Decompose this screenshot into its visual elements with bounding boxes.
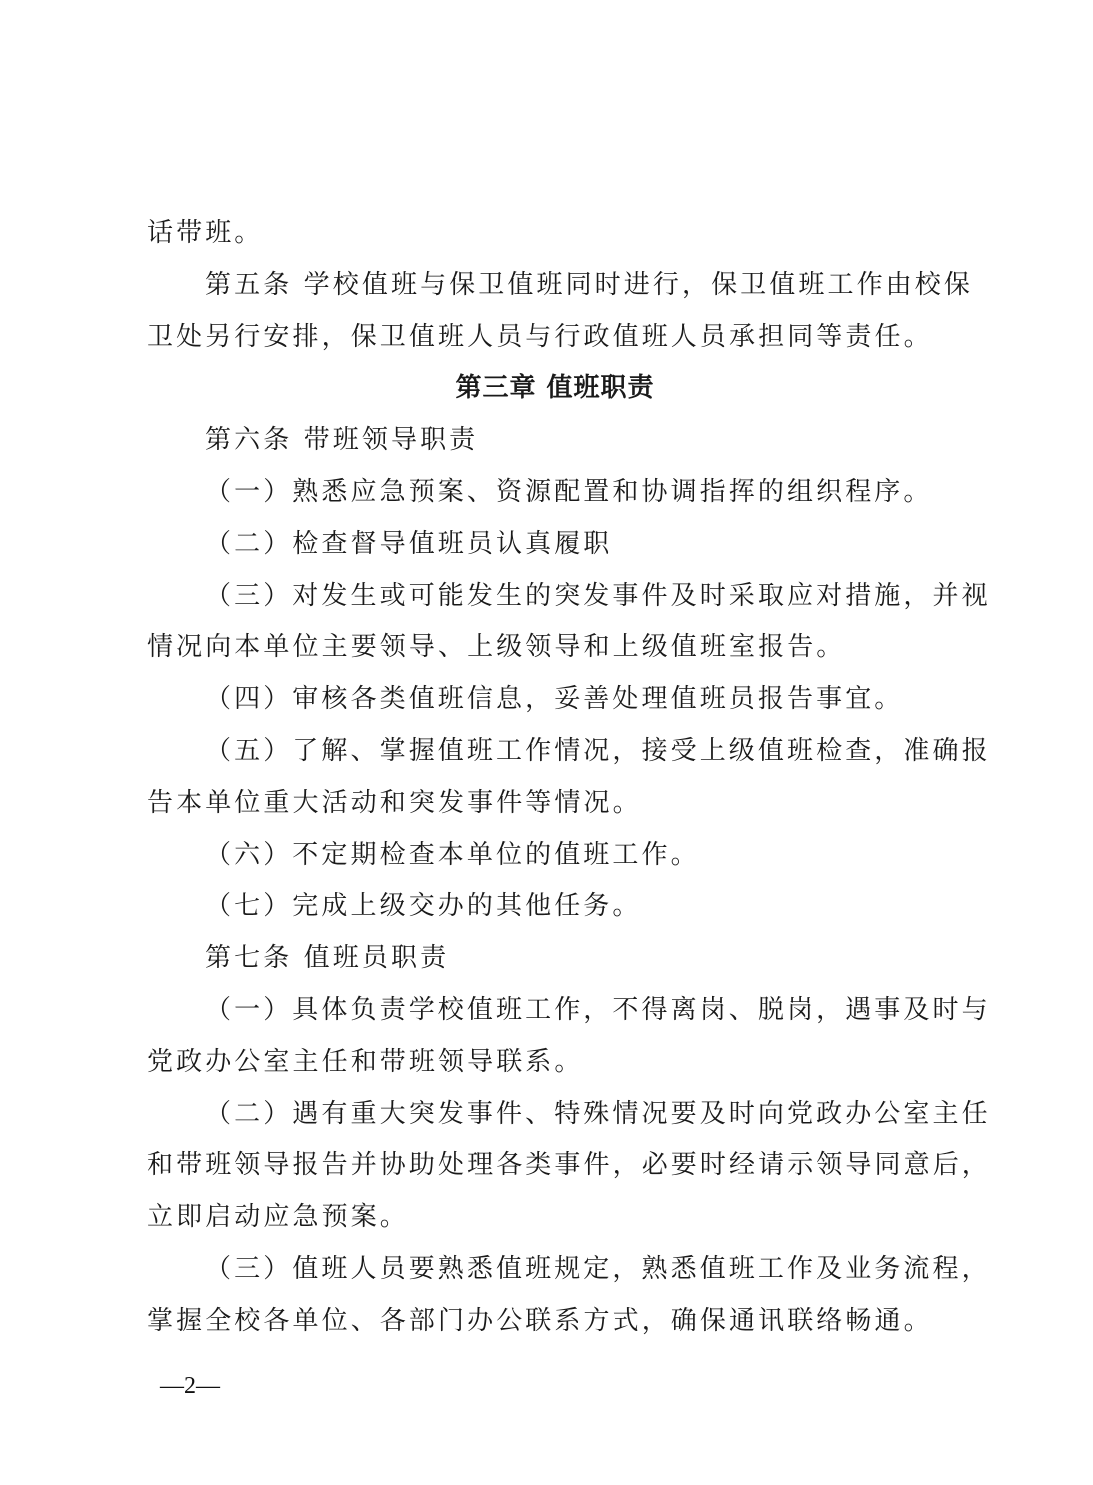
list-item: （五）了解、掌握值班工作情况，接受上级值班检查，准确报 告本单位重大活动和突发事… (147, 726, 963, 830)
text-line: 掌握全校各单位、各部门办公联系方式，确保通讯联络畅通。 (147, 1296, 963, 1348)
article-title: 第六条 带班领导职责 (147, 415, 963, 467)
chapter-title: 第三章 值班职责 (147, 363, 963, 415)
text-line: （四）审核各类值班信息，妥善处理值班员报告事宜。 (147, 674, 963, 726)
list-item: （二）检查督导值班员认真履职 (147, 519, 963, 571)
page-number: —2— (160, 1373, 220, 1400)
text-line: （五）了解、掌握值班工作情况，接受上级值班检查，准确报 (147, 726, 963, 778)
list-item: （一）熟悉应急预案、资源配置和协调指挥的组织程序。 (147, 467, 963, 519)
text-line: 党政办公室主任和带班领导联系。 (147, 1037, 963, 1089)
text-line: 卫处另行安排，保卫值班人员与行政值班人员承担同等责任。 (147, 312, 963, 364)
text-line: （一）具体负责学校值班工作，不得离岗、脱岗，遇事及时与 (147, 985, 963, 1037)
article-5: 第五条 学校值班与保卫值班同时进行，保卫值班工作由校保 卫处另行安排，保卫值班人… (147, 260, 963, 364)
article-title: 第七条 值班员职责 (147, 933, 963, 985)
text-line: （三）值班人员要熟悉值班规定，熟悉值班工作及业务流程， (147, 1244, 963, 1296)
document-body: 话带班。 第五条 学校值班与保卫值班同时进行，保卫值班工作由校保 卫处另行安排，… (147, 208, 963, 1348)
text-line: 告本单位重大活动和突发事件等情况。 (147, 778, 963, 830)
text-line: 话带班。 (147, 208, 963, 260)
list-item: （七）完成上级交办的其他任务。 (147, 881, 963, 933)
text-line: 情况向本单位主要领导、上级领导和上级值班室报告。 (147, 622, 963, 674)
list-item: （二）遇有重大突发事件、特殊情况要及时向党政办公室主任 和带班领导报告并协助处理… (147, 1089, 963, 1244)
text-line: 立即启动应急预案。 (147, 1192, 963, 1244)
article-6-heading: 第六条 带班领导职责 (147, 415, 963, 467)
document-page: 话带班。 第五条 学校值班与保卫值班同时进行，保卫值班工作由校保 卫处另行安排，… (0, 0, 1093, 1485)
list-item: （三）对发生或可能发生的突发事件及时采取应对措施，并视 情况向本单位主要领导、上… (147, 571, 963, 675)
list-item: （三）值班人员要熟悉值班规定，熟悉值班工作及业务流程， 掌握全校各单位、各部门办… (147, 1244, 963, 1348)
article-7-heading: 第七条 值班员职责 (147, 933, 963, 985)
list-item: （一）具体负责学校值班工作，不得离岗、脱岗，遇事及时与 党政办公室主任和带班领导… (147, 985, 963, 1089)
list-item: （四）审核各类值班信息，妥善处理值班员报告事宜。 (147, 674, 963, 726)
text-line: （二）检查督导值班员认真履职 (147, 519, 963, 571)
text-line: （六）不定期检查本单位的值班工作。 (147, 830, 963, 882)
text-line: （二）遇有重大突发事件、特殊情况要及时向党政办公室主任 (147, 1089, 963, 1141)
text-line: （七）完成上级交办的其他任务。 (147, 881, 963, 933)
text-line: （三）对发生或可能发生的突发事件及时采取应对措施，并视 (147, 571, 963, 623)
text-line: （一）熟悉应急预案、资源配置和协调指挥的组织程序。 (147, 467, 963, 519)
text-line: 第五条 学校值班与保卫值班同时进行，保卫值班工作由校保 (147, 260, 963, 312)
list-item: （六）不定期检查本单位的值班工作。 (147, 830, 963, 882)
chapter-heading: 第三章 值班职责 (147, 363, 963, 415)
paragraph-continuation: 话带班。 (147, 208, 963, 260)
text-line: 和带班领导报告并协助处理各类事件，必要时经请示领导同意后， (147, 1140, 963, 1192)
